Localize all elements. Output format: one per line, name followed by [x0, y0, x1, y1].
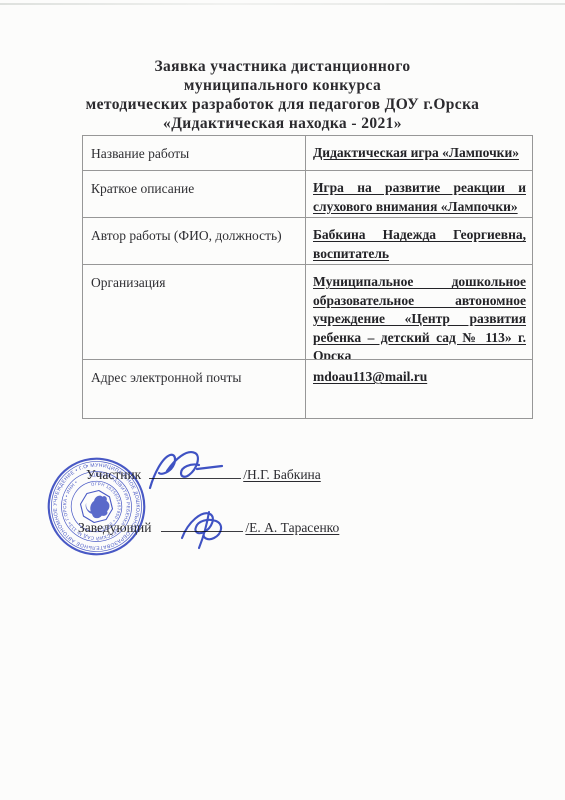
signature-name: /Е. А. Тарасенко [245, 520, 339, 536]
row-value: Игра на развитие реакции и слухового вни… [305, 171, 532, 217]
row-value: Бабкина Надежда Георгиевна, воспитатель [305, 218, 532, 264]
table-row: Автор работы (ФИО, должность) Бабкина На… [83, 218, 532, 265]
row-label: Название работы [83, 136, 305, 170]
table-row: Организация Муниципальное дошкольное обр… [83, 265, 532, 360]
signature-role: Заведующий [78, 520, 151, 536]
row-value: Муниципальное дошкольное образовательное… [305, 265, 532, 360]
application-table: Название работы Дидактическая игра «Ламп… [82, 135, 533, 419]
signature-name: /Н.Г. Бабкина [243, 467, 321, 483]
table-row: Краткое описание Игра на развитие реакци… [83, 171, 532, 218]
row-label: Автор работы (ФИО, должность) [83, 218, 305, 264]
scanned-application-page: Заявка участника дистанционного муниципа… [0, 0, 565, 800]
table-row: Название работы Дидактическая игра «Ламп… [83, 136, 532, 171]
title-line: муниципального конкурса [0, 76, 565, 95]
row-label: Адрес электронной почты [83, 360, 305, 418]
row-value: Дидактическая игра «Лампочки» [305, 136, 532, 170]
handwritten-signature-icon [172, 503, 244, 553]
signature-role: Участник [86, 467, 141, 483]
title-line: Заявка участника дистанционного [0, 57, 565, 76]
document-title: Заявка участника дистанционного муниципа… [0, 57, 565, 133]
row-label: Организация [83, 265, 305, 360]
scan-edge-artifact [0, 3, 565, 5]
title-line: методических разработок для педагогов ДО… [0, 95, 565, 114]
row-label: Краткое описание [83, 171, 305, 217]
title-line: «Дидактическая находка - 2021» [0, 114, 565, 133]
table-row: Адрес электронной почты mdoau113@mail.ru [83, 360, 532, 418]
row-value: mdoau113@mail.ru [305, 360, 532, 418]
handwritten-signature-icon [146, 446, 228, 500]
